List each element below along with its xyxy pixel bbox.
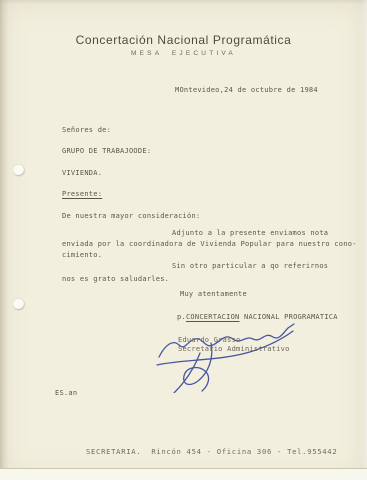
letterhead-title: Concertación Nacional Programática [76, 33, 292, 47]
recipient-presente: Presente: [62, 190, 102, 198]
valediction: Muy atentamente [180, 290, 247, 298]
recipient-line: Señores de: [62, 126, 111, 134]
recipient-group: GRUPO DE TRABAJOODE: [62, 147, 151, 155]
body-p2-line1: Sin otro particular a qo referirnos [172, 262, 328, 270]
signer-name: Eduardo Grasso [178, 336, 241, 344]
salutation: De nuestra mayor consideración: [62, 212, 200, 220]
recipient-subject: VIVIENDA. [62, 169, 102, 177]
date-line: MOntevideo,24 de octubre de 1984 [175, 86, 318, 94]
body-p2-line2: nos es grato saludarles. [62, 275, 169, 283]
scan-edge [0, 468, 367, 480]
typist-initials: ES.an [55, 389, 77, 397]
body-p1-line2: enviada por la coordinadora de Vivienda … [62, 240, 357, 248]
letterhead-subtitle: MESA EJECUTIVA [131, 50, 236, 57]
punch-hole-bottom [13, 298, 24, 309]
body-p1-line3: cimiento. [62, 251, 102, 259]
document-page: Concertación Nacional Programática MESA … [0, 0, 367, 480]
punch-hole-top [13, 164, 24, 175]
signer-title: Secretario Administrativo [178, 345, 290, 353]
body-p1-line1: Adjunto a la presente enviamos nota [172, 229, 328, 237]
handwritten-signature [153, 315, 313, 393]
footer-address: SECRETARIA. Rincón 454 - Oficina 306 - T… [86, 447, 337, 456]
